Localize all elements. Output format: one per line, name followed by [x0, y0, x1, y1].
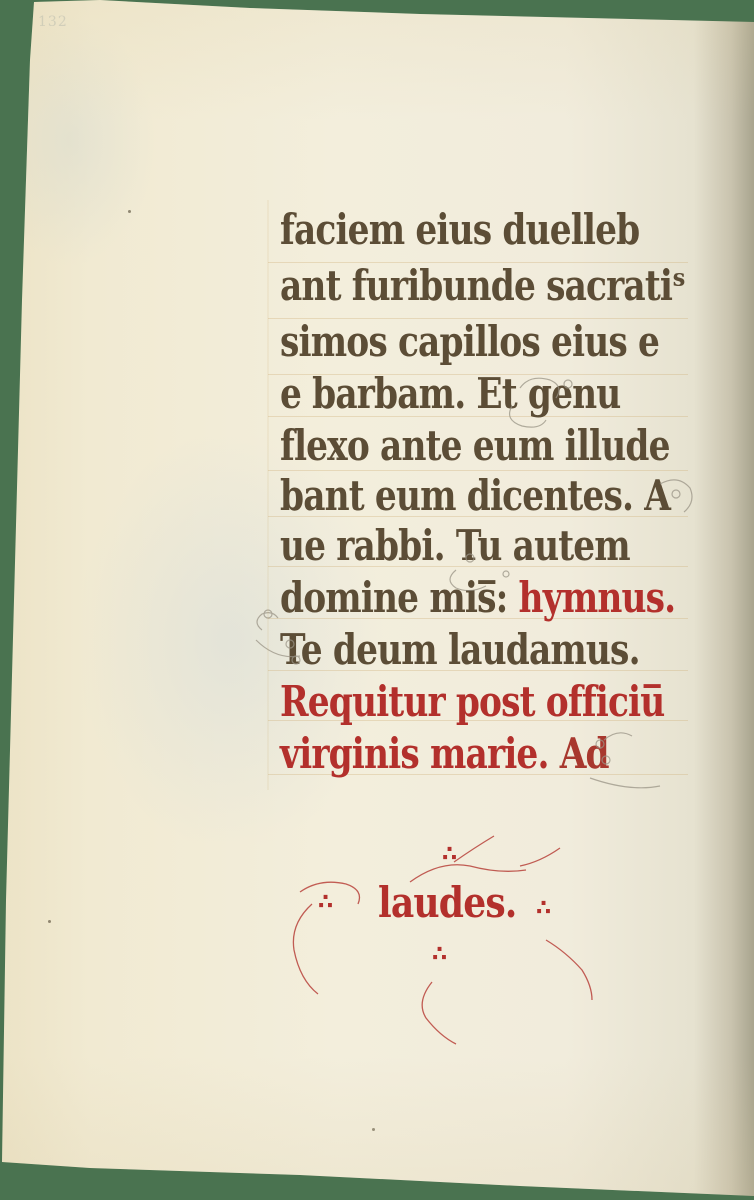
text-line-9: Te deum laudamus. — [280, 626, 640, 674]
text-line-8-main: domine mis̅: — [280, 573, 507, 622]
text-line-3: simos capillos eius e — [280, 318, 659, 366]
text-line-5: flexo ante eum illude — [280, 422, 670, 470]
flourish-bottom-icon: ∴ — [432, 948, 448, 962]
flourish-right-icon: ∴ — [536, 902, 552, 916]
parchment-speck — [372, 1128, 375, 1131]
folio-number: 132 — [38, 14, 68, 30]
text-line-2: ant furibunde sacratiˢ — [280, 262, 685, 310]
text-line-11-main: virginis marie. — [280, 729, 549, 778]
flourish-left-icon: ∴ — [318, 896, 334, 910]
text-line-4: e barbam. Et genu — [280, 370, 620, 418]
parchment-speck — [48, 920, 51, 923]
rubric-hymnus: hymnus. — [519, 573, 676, 622]
flourish-top-icon: ∴ — [442, 848, 458, 862]
text-line-6: bant eum dicentes. A — [280, 472, 670, 520]
text-line-1: faciem eius duelleb — [280, 206, 639, 254]
manuscript-page: 132 faciem eius duelleb ant furibunde sa… — [0, 0, 754, 1200]
initial-ad: Ad — [560, 729, 609, 778]
text-line-10: Requitur post officiu̅ — [280, 678, 664, 726]
parchment-speck — [128, 210, 131, 213]
text-line-8: domine mis̅: hymnus. — [280, 574, 675, 622]
text-line-7: ue rabbi. Tu autem — [280, 522, 630, 570]
text-line-11: virginis marie. Ad — [280, 730, 609, 778]
heading-laudes: laudes. — [378, 878, 517, 927]
